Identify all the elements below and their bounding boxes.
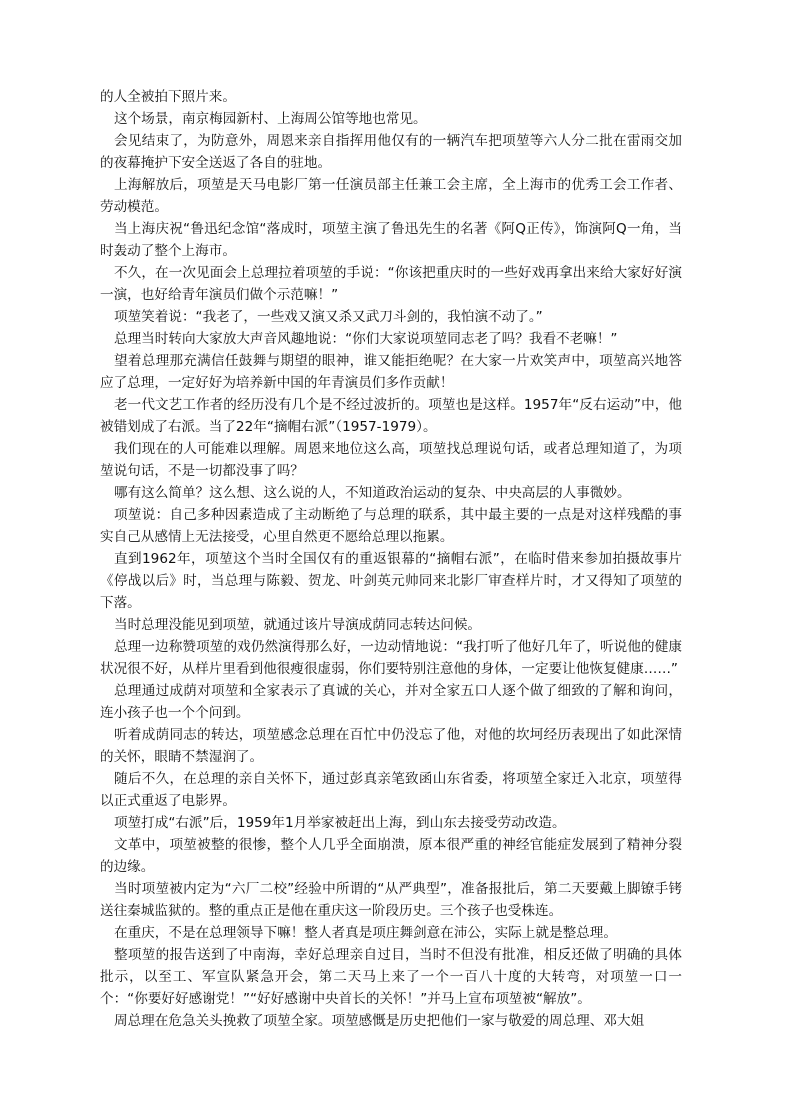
paragraph: 总理通过成荫对项堃和全家表示了真诚的关心，并对全家五口人逐个做了细致的了解和询问… (100, 680, 682, 724)
paragraph: 当时项堃被内定为“六厂二校”经验中所谓的“从严典型”，准备报批后，第二天要戴上脚… (100, 878, 682, 922)
paragraph: 不久，在一次见面会上总理拉着项堃的手说：“你该把重庆时的一些好戏再拿出来给大家好… (100, 262, 682, 306)
paragraph: 整项堃的报告送到了中南海，幸好总理亲自过目，当时不但没有批准，相反还做了明确的具… (100, 944, 682, 1010)
paragraph: 在重庆，不是在总理领导下嘛！整人者真是项庄舞剑意在沛公，实际上就是整总理。 (100, 922, 682, 944)
paragraph: 项堃笑着说：“我老了，一些戏又演又杀又武刀斗剑的，我怕演不动了。” (100, 306, 682, 328)
paragraph: 我们现在的人可能难以理解。周恩来地位这么高，项堃找总理说句话，或者总理知道了，为… (100, 438, 682, 482)
paragraph: 会见结束了，为防意外，周恩来亲自指挥用他仅有的一辆汽车把项堃等六人分二批在雷雨交… (100, 130, 682, 174)
paragraph: 周总理在危急关头挽救了项堃全家。项堃感慨是历史把他们一家与敬爱的周总理、邓大姐 (100, 1010, 682, 1032)
paragraph: 项堃打成“右派”后，1959年1月举家被赶出上海，到山东去接受劳动改造。 (100, 812, 682, 834)
paragraph: 这个场景，南京梅园新村、上海周公馆等地也常见。 (100, 108, 682, 130)
document-page: 的人全被拍下照片来。 这个场景，南京梅园新村、上海周公馆等地也常见。 会见结束了… (100, 86, 682, 1032)
paragraph: 总理当时转向大家放大声音风趣地说：“你们大家说项堃同志老了吗？我看不老嘛！” (100, 328, 682, 350)
paragraph: 的人全被拍下照片来。 (100, 86, 682, 108)
paragraph: 哪有这么简单？这么想、这么说的人，不知道政治运动的复杂、中央高层的人事微妙。 (100, 482, 682, 504)
paragraph: 望着总理那充满信任鼓舞与期望的眼神，谁又能拒绝呢？在大家一片欢笑声中，项堃高兴地… (100, 350, 682, 394)
paragraph: 听着成荫同志的转达，项堃感念总理在百忙中仍没忘了他，对他的坎坷经历表现出了如此深… (100, 724, 682, 768)
paragraph: 上海解放后，项堃是天马电影厂第一任演员部主任兼工会主席，全上海市的优秀工会工作者… (100, 174, 682, 218)
paragraph: 文革中，项堃被整的很惨，整个人几乎全面崩溃，原本很严重的神经官能症发展到了精神分… (100, 834, 682, 878)
paragraph: 项堃说：自己多种因素造成了主动断绝了与总理的联系，其中最主要的一点是对这样残酷的… (100, 504, 682, 548)
paragraph: 老一代文艺工作者的经历没有几个是不经过波折的。项堃也是这样。1957年“反右运动… (100, 394, 682, 438)
paragraph: 直到1962年，项堃这个当时全国仅有的重返银幕的“摘帽右派”，在临时借来参加拍摄… (100, 548, 682, 614)
paragraph: 随后不久，在总理的亲自关怀下，通过彭真亲笔致函山东省委，将项堃全家迁入北京，项堃… (100, 768, 682, 812)
paragraph: 当时总理没能见到项堃，就通过该片导演成荫同志转达问候。 (100, 614, 682, 636)
paragraph: 当上海庆祝“鲁迅纪念馆“落成时，项堃主演了鲁迅先生的名著《阿Q正传》，饰演阿Q一… (100, 218, 682, 262)
paragraph: 总理一边称赞项堃的戏仍然演得那么好，一边动情地说：“我打听了他好几年了，听说他的… (100, 636, 682, 680)
